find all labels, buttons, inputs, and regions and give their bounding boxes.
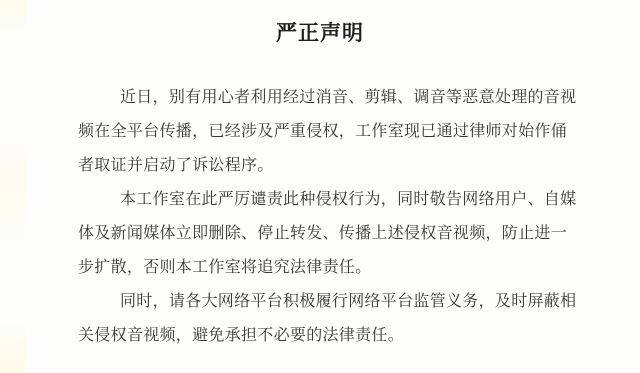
- statement-body: 近日，别有用心者利用经过消音、剪辑、调音等恶意处理的音视 频在全平台传播，已经涉…: [0, 81, 640, 353]
- statement-line: 体及新闻媒体立即删除、停止转发、传播上述侵权音视频，防止进一: [78, 217, 630, 251]
- page-title: 严正声明: [0, 20, 640, 48]
- statement-line: 本工作室在此严厉谴责此种侵权行为，同时敬告网络用户、自媒: [78, 183, 630, 217]
- statement-line: 者取证并启动了诉讼程序。: [78, 149, 630, 183]
- statement-line: 关侵权音视频，避免承担不必要的法律责任。: [78, 319, 630, 353]
- statement-line: 步扩散，否则本工作室将追究法律责任。: [78, 251, 630, 285]
- statement-line: 频在全平台传播，已经涉及严重侵权，工作室现已通过律师对始作俑: [78, 115, 630, 149]
- statement-document: 严正声明 近日，别有用心者利用经过消音、剪辑、调音等恶意处理的音视 频在全平台传…: [0, 0, 640, 373]
- statement-line: 同时，请各大网络平台积极履行网络平台监管义务，及时屏蔽相: [78, 285, 630, 319]
- statement-line: 近日，别有用心者利用经过消音、剪辑、调音等恶意处理的音视: [78, 81, 630, 115]
